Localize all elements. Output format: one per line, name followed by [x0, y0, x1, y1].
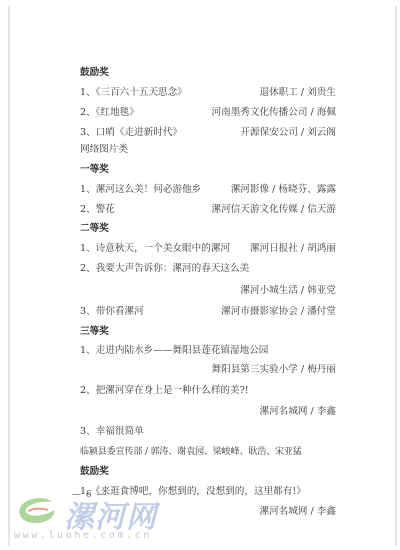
- page-edge-right: [395, 6, 397, 546]
- entry-credit: 漯河影像 / 杨晓芬、露露: [231, 183, 336, 197]
- encouragement-heading: 鼓励奖: [80, 465, 336, 479]
- entry-title: 3、带你看漯河: [80, 305, 144, 319]
- first-prize-heading: 一等奖: [80, 163, 336, 177]
- entry-title: 1、漯河这么美！何必游他乡: [80, 183, 201, 197]
- entry-title: 3、幸福很简单: [80, 425, 336, 439]
- second-prize-heading: 二等奖: [80, 222, 336, 236]
- entry-title: 1、《三百六十五天思念》: [80, 86, 187, 100]
- list-item: 1、诗意秋天，一个美女眼中的漯河 漯河日报社 / 胡鸿丽: [80, 242, 336, 256]
- category-heading: 网络图片类: [80, 143, 336, 157]
- entry-credit: 漯河市摄影家协会 / 潘付堂: [221, 305, 336, 319]
- entry-credit: 漯河名城网 / 李鑫: [80, 405, 336, 419]
- entry-title: 3、口哨《走进新时代》: [80, 126, 182, 140]
- list-item: 3、口哨《走进新时代》 开源保安公司 / 刘云阁: [80, 126, 336, 140]
- list-item: 3、带你看漯河 漯河市摄影家协会 / 潘付堂: [80, 305, 336, 319]
- entry-title: 2、《红地毯》: [80, 106, 139, 120]
- entry-credit: 漯河日报社 / 胡鸿丽: [250, 242, 336, 256]
- entry-credit: 漯河小城生活 / 韩亚党: [80, 284, 336, 298]
- entry-credit: 河南墨秀文化传播公司 / 海佩: [212, 106, 336, 120]
- entry-title: 2、警花: [80, 203, 115, 217]
- entry-title: 1、走进内陆水乡——舞阳县莲花镇湿地公园: [80, 344, 336, 358]
- entry-credit: 临颍县委宣传部 / 郭涛、谢袁园、梁峻峰、耿浩、宋亚猛: [80, 445, 336, 459]
- document-page: 鼓励奖 1、《三百六十五天思念》 退休职工 / 刘贵生 2、《红地毯》 河南墨秀…: [80, 0, 336, 550]
- page-number: — 6 —: [72, 490, 106, 500]
- entry-title: 2、我要大声告诉你：漯河的春天这么美: [80, 262, 336, 276]
- entry-credit: 舞阳县第三实验小学 / 梅丹丽: [80, 363, 336, 377]
- list-item: 1、《三百六十五天思念》 退休职工 / 刘贵生: [80, 86, 336, 100]
- third-prize-heading: 三等奖: [80, 325, 336, 339]
- entry-title: 2、把漯河穿在身上是一种什么样的美?!: [80, 384, 336, 398]
- list-item: 2、警花 漯河信天游文化传媒 / 信天游: [80, 203, 336, 217]
- watermark-url: www.luohe.com.cn: [14, 530, 152, 541]
- luohe-logo-icon: [16, 496, 60, 526]
- entry-credit: 漯河信天游文化传媒 / 信天游: [212, 203, 336, 217]
- entry-credit: 开源保安公司 / 刘云阁: [240, 126, 336, 140]
- watermark: 漯河网 www.luohe.com.cn: [12, 492, 162, 548]
- list-item: 2、《红地毯》 河南墨秀文化传播公司 / 海佩: [80, 106, 336, 120]
- list-item: 1、漯河这么美！何必游他乡 漯河影像 / 杨晓芬、露露: [80, 183, 336, 197]
- page-edge-left: [8, 6, 10, 546]
- entry-credit: 退休职工 / 刘贵生: [260, 86, 337, 100]
- entry-title: 1、诗意秋天，一个美女眼中的漯河: [80, 242, 230, 256]
- section-heading-encouragement: 鼓励奖: [80, 66, 336, 80]
